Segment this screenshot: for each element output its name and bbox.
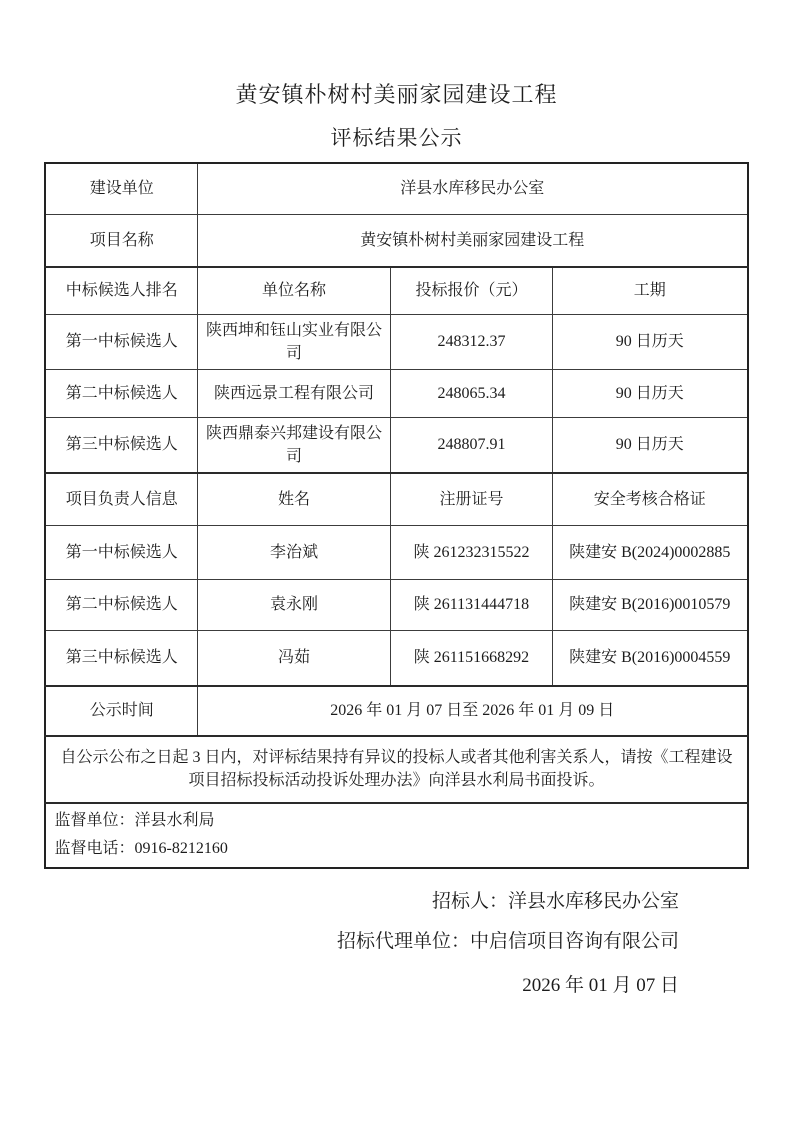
construction-unit-value: 洋县水库移民办公室 bbox=[197, 163, 747, 215]
manager-regno-cell: 陕 261151668292 bbox=[390, 631, 552, 686]
bid-header-company: 单位名称 bbox=[197, 267, 390, 315]
supervision-unit-line: 监督单位：洋县水利局 bbox=[54, 807, 738, 835]
complaint-note-text: 自公示公布之日起 3 日内，对评标结果持有异议的投标人或者其他利害关系人，请按《… bbox=[45, 736, 747, 803]
page-title: 黄安镇朴树村美丽家园建设工程 bbox=[0, 0, 793, 108]
manager-regno-cell: 陕 261131444718 bbox=[390, 580, 552, 631]
bid-rank-cell: 第一中标候选人 bbox=[45, 315, 197, 370]
bid-duration-cell: 90 日历天 bbox=[552, 418, 747, 473]
manager-name-cell: 冯茹 bbox=[197, 631, 390, 686]
manager-regno-cell: 陕 261232315522 bbox=[390, 526, 552, 580]
row-label-project-name: 项目名称 bbox=[45, 215, 197, 267]
manager-safetycert-cell: 陕建安 B(2016)0004559 bbox=[552, 631, 747, 686]
bid-row-third: 第三中标候选人 陕西鼎泰兴邦建设有限公司 248807.91 90 日历天 bbox=[45, 418, 747, 473]
manager-rank-cell: 第二中标候选人 bbox=[45, 580, 197, 631]
bid-row-first: 第一中标候选人 陕西坤和钰山实业有限公司 248312.37 90 日历天 bbox=[45, 315, 747, 370]
manager-name-cell: 袁永刚 bbox=[197, 580, 390, 631]
bid-price-cell: 248807.91 bbox=[390, 418, 552, 473]
row-label-publicity-period: 公示时间 bbox=[45, 686, 197, 736]
supervision-info: 监督单位：洋县水利局 监督电话：0916-8212160 bbox=[45, 803, 747, 868]
bid-price-cell: 248312.37 bbox=[390, 315, 552, 370]
agency-line: 招标代理单位：中启信项目咨询有限公司 bbox=[0, 930, 679, 953]
table-row-construction-unit: 建设单位 洋县水库移民办公室 bbox=[45, 163, 747, 215]
table-row-project-name: 项目名称 黄安镇朴树村美丽家园建设工程 bbox=[45, 215, 747, 267]
manager-row-second: 第二中标候选人 袁永刚 陕 261131444718 陕建安 B(2016)00… bbox=[45, 580, 747, 631]
bid-company-cell: 陕西远景工程有限公司 bbox=[197, 370, 390, 418]
publicity-period-row: 公示时间 2026 年 01 月 07 日至 2026 年 01 月 09 日 bbox=[45, 686, 747, 736]
manager-row-first: 第一中标候选人 李治斌 陕 261232315522 陕建安 B(2024)00… bbox=[45, 526, 747, 580]
signature-block: 招标人：洋县水库移民办公室 招标代理单位：中启信项目咨询有限公司 2026 年 … bbox=[0, 890, 793, 997]
manager-header-regno: 注册证号 bbox=[390, 473, 552, 526]
bid-header-price: 投标报价（元） bbox=[390, 267, 552, 315]
bid-header-duration: 工期 bbox=[552, 267, 747, 315]
manager-safetycert-cell: 陕建安 B(2024)0002885 bbox=[552, 526, 747, 580]
project-name-value: 黄安镇朴树村美丽家园建设工程 bbox=[197, 215, 747, 267]
announcement-table: 建设单位 洋县水库移民办公室 项目名称 黄安镇朴树村美丽家园建设工程 中标候选人… bbox=[44, 162, 748, 869]
page-subtitle: 评标结果公示 bbox=[0, 126, 793, 151]
bid-row-second: 第二中标候选人 陕西远景工程有限公司 248065.34 90 日历天 bbox=[45, 370, 747, 418]
bid-duration-cell: 90 日历天 bbox=[552, 315, 747, 370]
complaint-note-row: 自公示公布之日起 3 日内，对评标结果持有异议的投标人或者其他利害关系人，请按《… bbox=[45, 736, 747, 803]
bid-rank-cell: 第二中标候选人 bbox=[45, 370, 197, 418]
bid-section-header-row: 中标候选人排名 单位名称 投标报价（元） 工期 bbox=[45, 267, 747, 315]
manager-rank-cell: 第三中标候选人 bbox=[45, 631, 197, 686]
document-page: 黄安镇朴树村美丽家园建设工程 评标结果公示 建设单位 洋县水库移民办公室 项目名… bbox=[0, 0, 793, 1122]
tenderer-line: 招标人：洋县水库移民办公室 bbox=[0, 890, 679, 913]
row-label-construction-unit: 建设单位 bbox=[45, 163, 197, 215]
bid-company-cell: 陕西鼎泰兴邦建设有限公司 bbox=[197, 418, 390, 473]
publicity-period-value: 2026 年 01 月 07 日至 2026 年 01 月 09 日 bbox=[197, 686, 747, 736]
supervision-row: 监督单位：洋县水利局 监督电话：0916-8212160 bbox=[45, 803, 747, 868]
manager-rank-cell: 第一中标候选人 bbox=[45, 526, 197, 580]
manager-header-info: 项目负责人信息 bbox=[45, 473, 197, 526]
bid-header-rank: 中标候选人排名 bbox=[45, 267, 197, 315]
manager-header-safetycert: 安全考核合格证 bbox=[552, 473, 747, 526]
bid-company-cell: 陕西坤和钰山实业有限公司 bbox=[197, 315, 390, 370]
bid-price-cell: 248065.34 bbox=[390, 370, 552, 418]
bid-duration-cell: 90 日历天 bbox=[552, 370, 747, 418]
supervision-phone-line: 监督电话：0916-8212160 bbox=[54, 835, 738, 863]
manager-name-cell: 李治斌 bbox=[197, 526, 390, 580]
manager-header-name: 姓名 bbox=[197, 473, 390, 526]
date-line: 2026 年 01 月 07 日 bbox=[0, 974, 679, 997]
manager-row-third: 第三中标候选人 冯茹 陕 261151668292 陕建安 B(2016)000… bbox=[45, 631, 747, 686]
manager-section-header-row: 项目负责人信息 姓名 注册证号 安全考核合格证 bbox=[45, 473, 747, 526]
bid-rank-cell: 第三中标候选人 bbox=[45, 418, 197, 473]
manager-safetycert-cell: 陕建安 B(2016)0010579 bbox=[552, 580, 747, 631]
